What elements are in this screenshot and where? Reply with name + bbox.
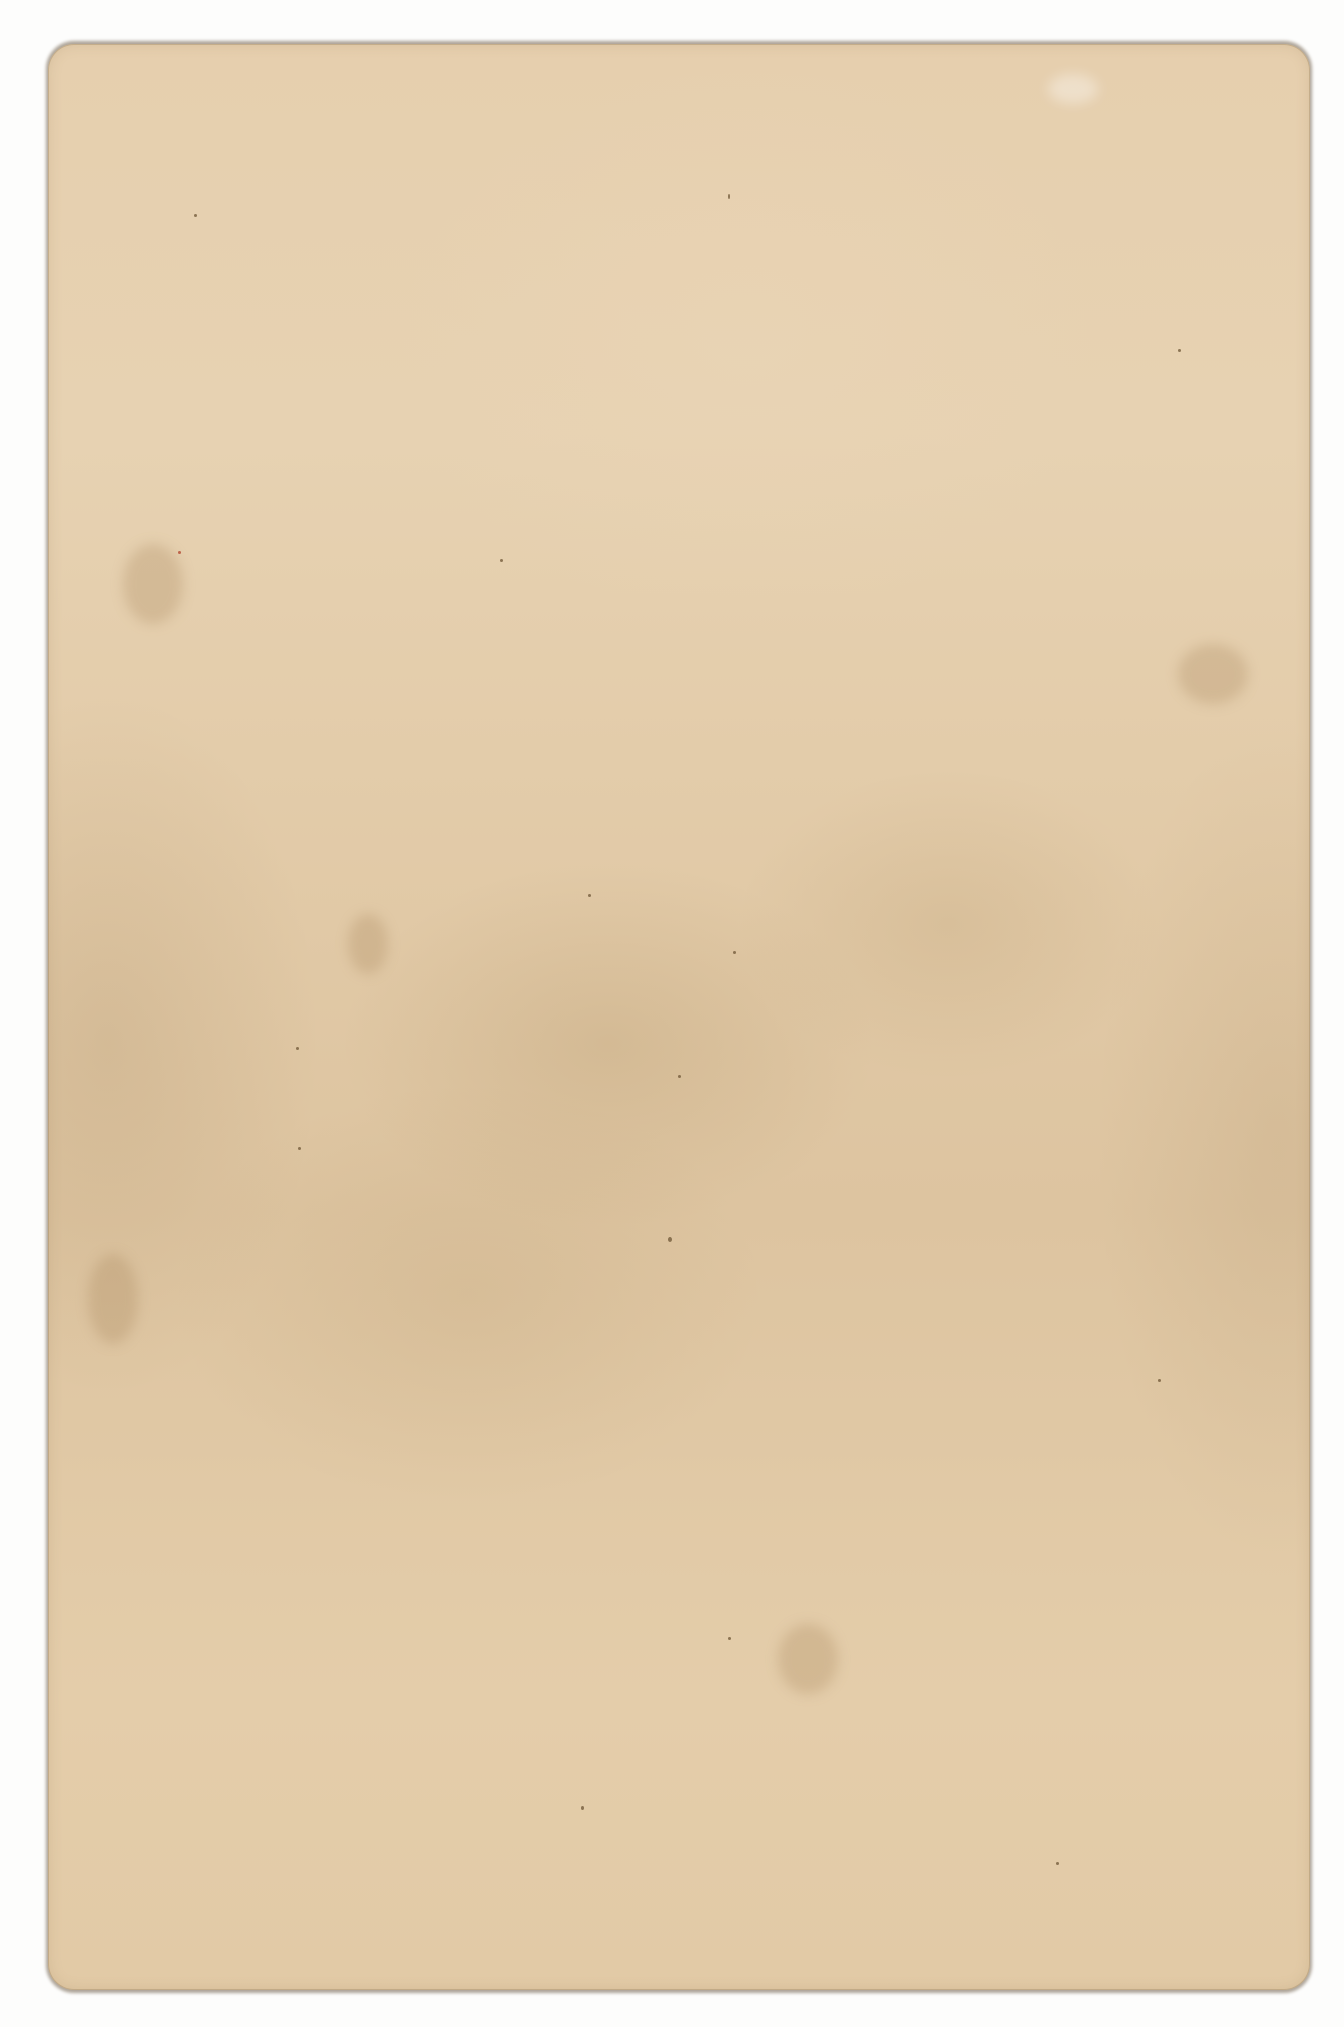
foxing-stain [123, 544, 183, 624]
speck [296, 1047, 299, 1050]
speck [728, 1637, 731, 1640]
foxing-stain [1048, 74, 1098, 104]
cabinet-card-back [48, 44, 1310, 1990]
speck [668, 1237, 672, 1242]
foxing-stain [348, 914, 388, 974]
speck [581, 1806, 584, 1810]
speck [194, 214, 197, 217]
speck [298, 1147, 301, 1150]
speck [678, 1075, 681, 1078]
foxing-stain [778, 1624, 838, 1694]
speck [500, 559, 503, 562]
speck [728, 194, 730, 199]
speck [1178, 349, 1181, 352]
speck [1158, 1379, 1161, 1382]
speck [1056, 1862, 1059, 1865]
speck [588, 894, 591, 897]
foxing-stain [1178, 644, 1248, 704]
speck [733, 951, 736, 954]
speck [178, 551, 181, 554]
foxing-stain [88, 1254, 138, 1344]
